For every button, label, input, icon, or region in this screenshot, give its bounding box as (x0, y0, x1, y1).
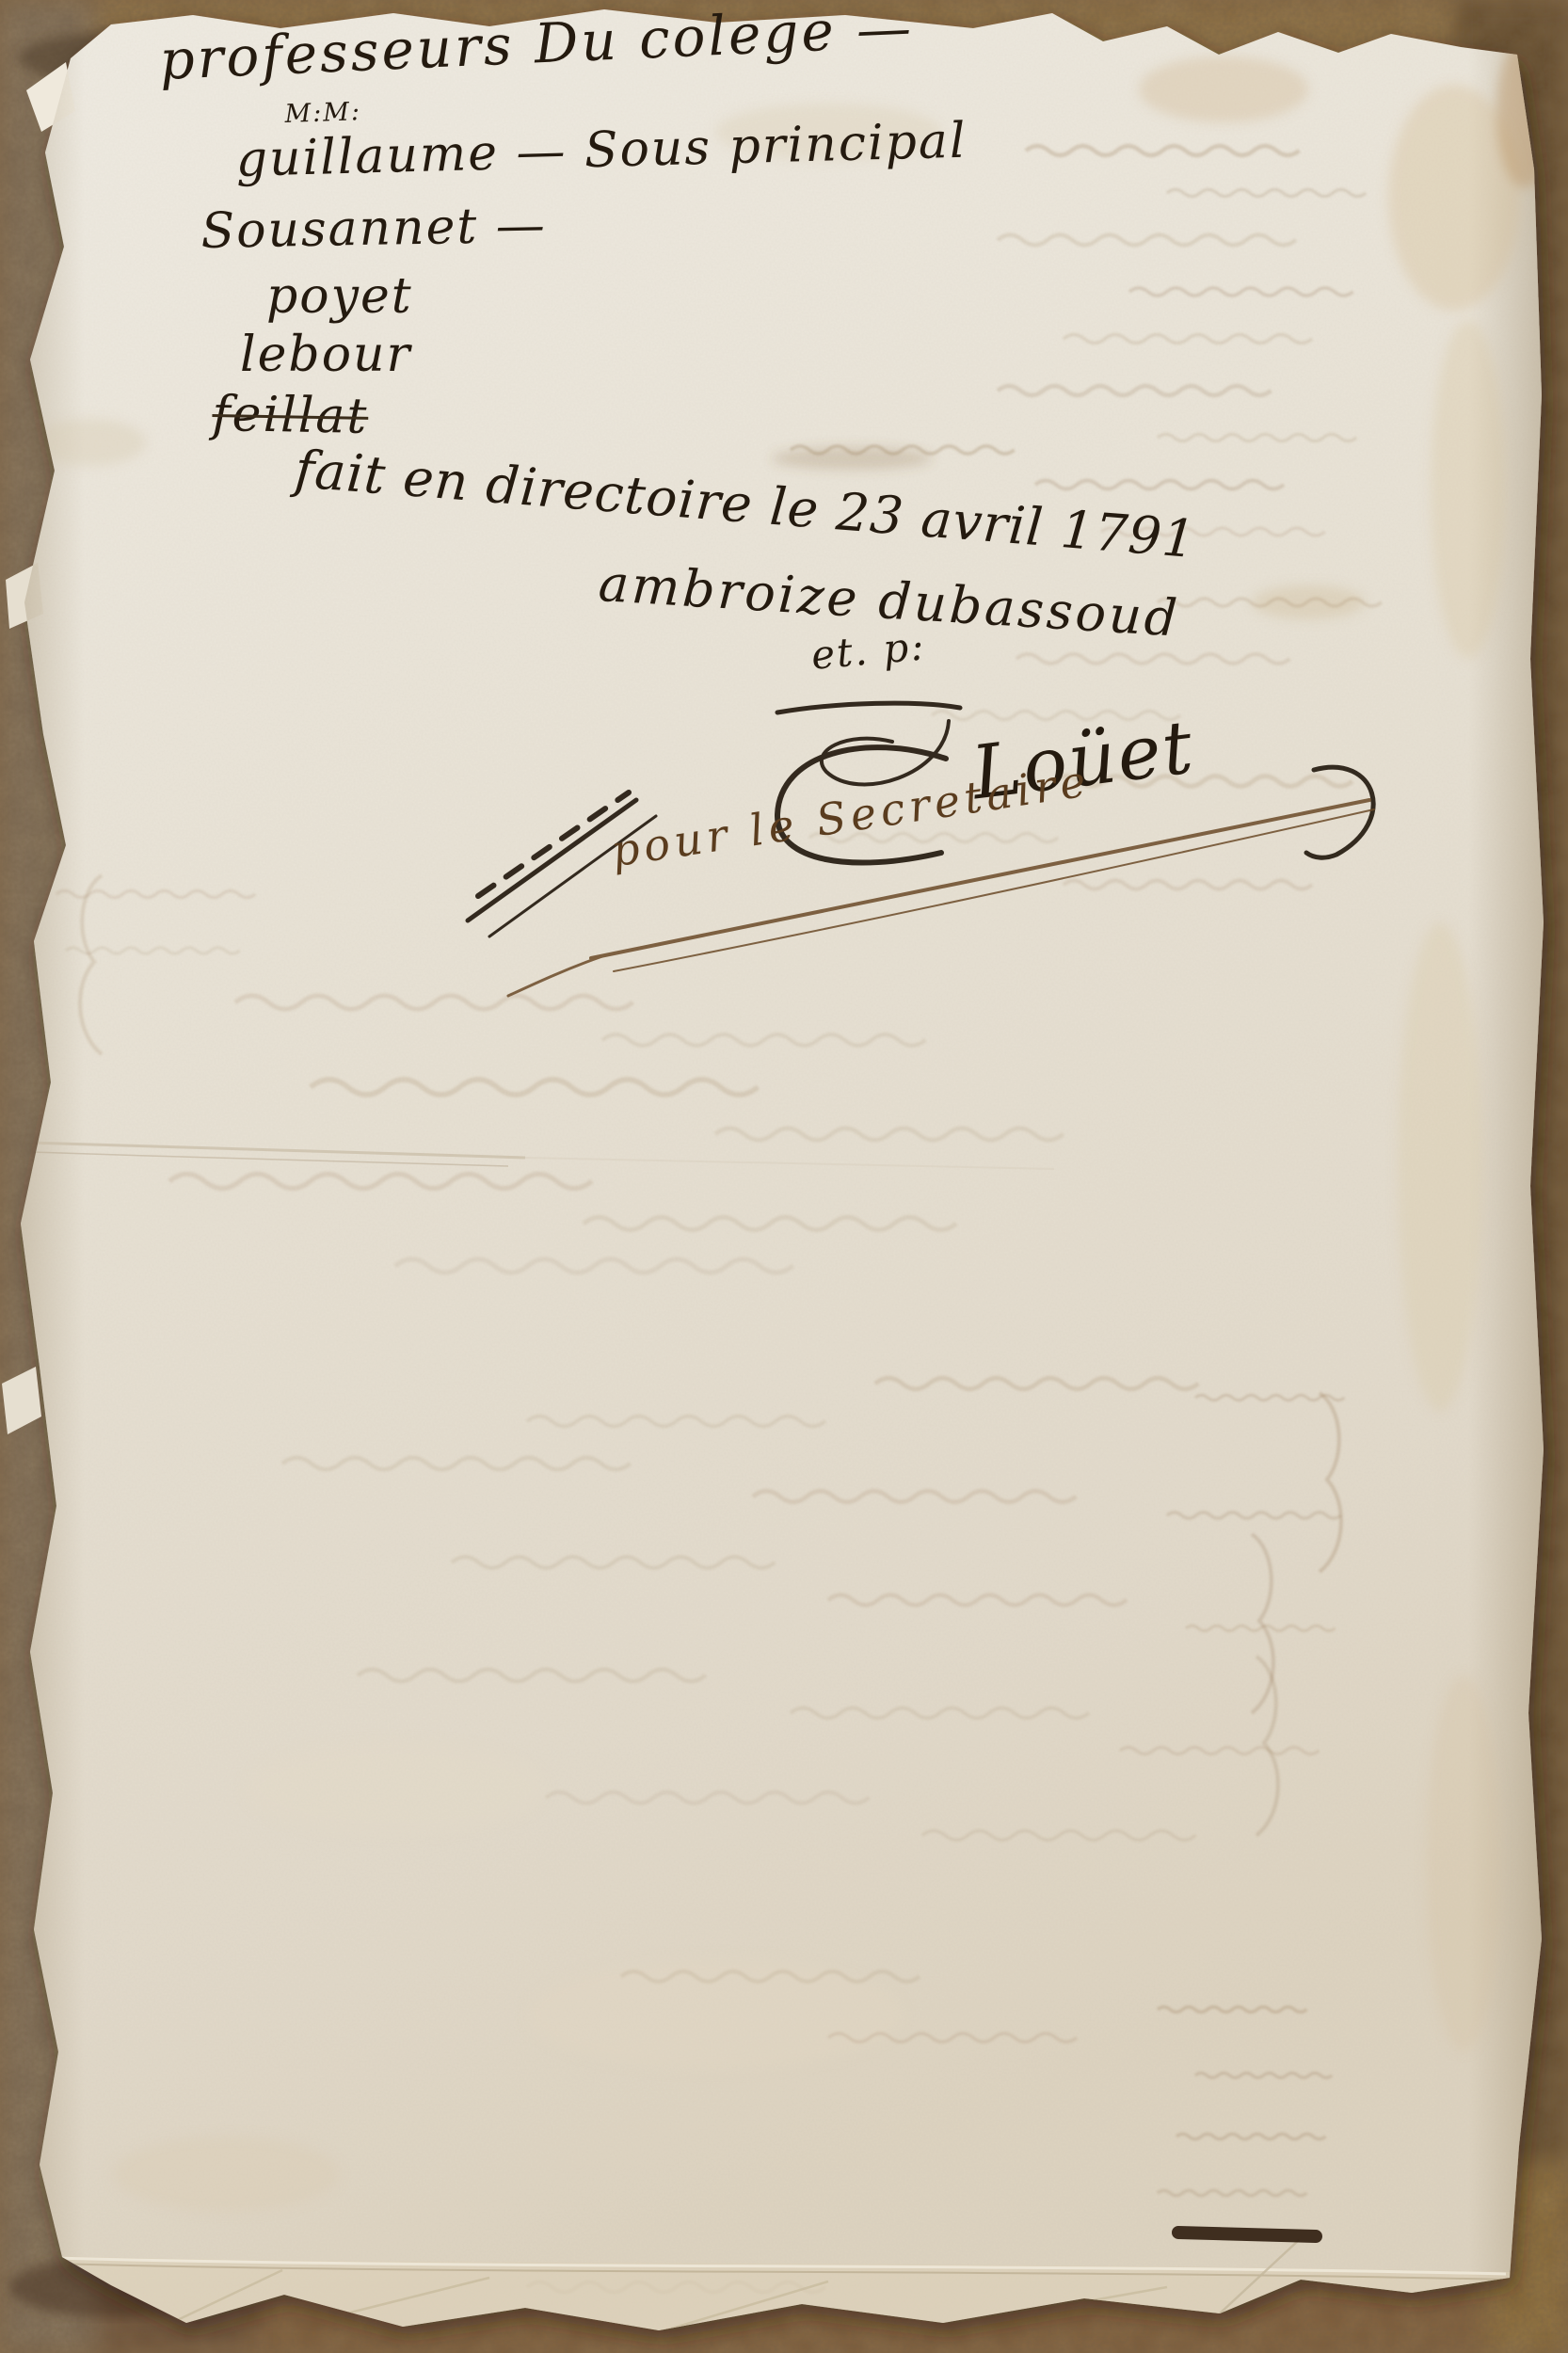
photo-artwork (0, 0, 1568, 2353)
professor-name: lebour (240, 327, 411, 383)
professor-name: Sousannet — (200, 198, 547, 260)
professor-name: feillat (212, 386, 369, 445)
manuscript-photo: professeurs Du colege — M:M: guillaume —… (0, 0, 1568, 2353)
ink-mark (1178, 2233, 1316, 2236)
professor-name: poyet (266, 268, 413, 325)
roll-heading: M:M: (284, 97, 362, 129)
